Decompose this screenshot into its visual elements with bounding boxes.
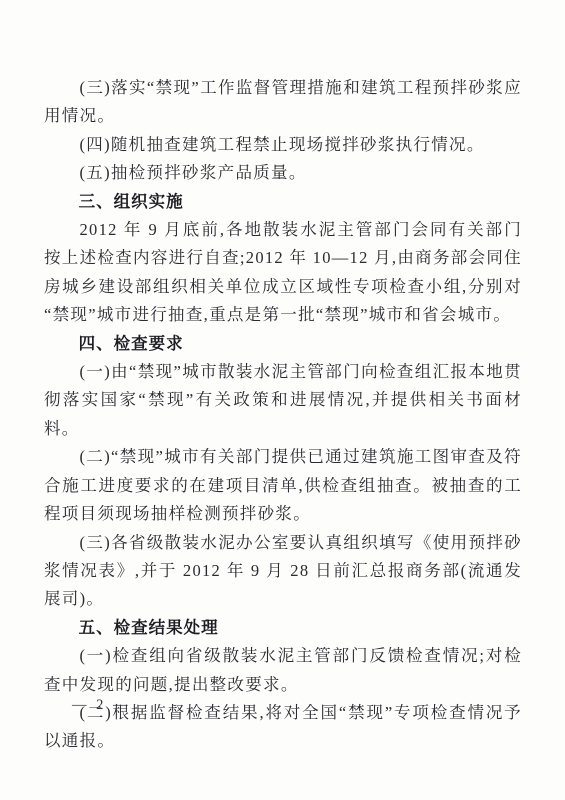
paragraph-item-3: (三)落实“禁现”工作监督管理措施和建筑工程预拌砂浆应用情况。 (44, 74, 522, 131)
paragraph-organization: 2012 年 9 月底前,各地散装水泥主管部门会同有关部门按上述检查内容进行自查… (44, 216, 522, 330)
paragraph-item-4: (四)随机抽查建筑工程禁止现场搅拌砂浆执行情况。 (44, 131, 522, 159)
paragraph-item-5: (五)抽检预拌砂浆产品质量。 (44, 159, 522, 187)
section-heading-5: 五、检查结果处理 (44, 614, 522, 642)
section-heading-3: 三、组织实施 (44, 188, 522, 216)
paragraph-requirement-3: (三)各省级散装水泥办公室要认真组织填写《使用预拌砂浆情况表》,并于 2012 … (44, 529, 522, 614)
paragraph-requirement-1: (一)由“禁现”城市散装水泥主管部门向检查组汇报本地贯彻落实国家“禁现”有关政策… (44, 358, 522, 443)
document-body: (三)落实“禁现”工作监督管理措施和建筑工程预拌砂浆应用情况。 (四)随机抽查建… (44, 74, 522, 756)
scanned-document-page: (三)落实“禁现”工作监督管理措施和建筑工程预拌砂浆应用情况。 (四)随机抽查建… (0, 0, 565, 800)
paragraph-requirement-2: (二)“禁现”城市有关部门提供已通过建筑施工图审查及符合施工进度要求的在建项目清… (44, 443, 522, 528)
page-number: — 2 — (72, 697, 131, 714)
paragraph-result-1: (一)检查组向省级散装水泥主管部门反馈检查情况;对检查中发现的问题,提出整改要求… (44, 642, 522, 699)
section-heading-4: 四、检查要求 (44, 330, 522, 358)
